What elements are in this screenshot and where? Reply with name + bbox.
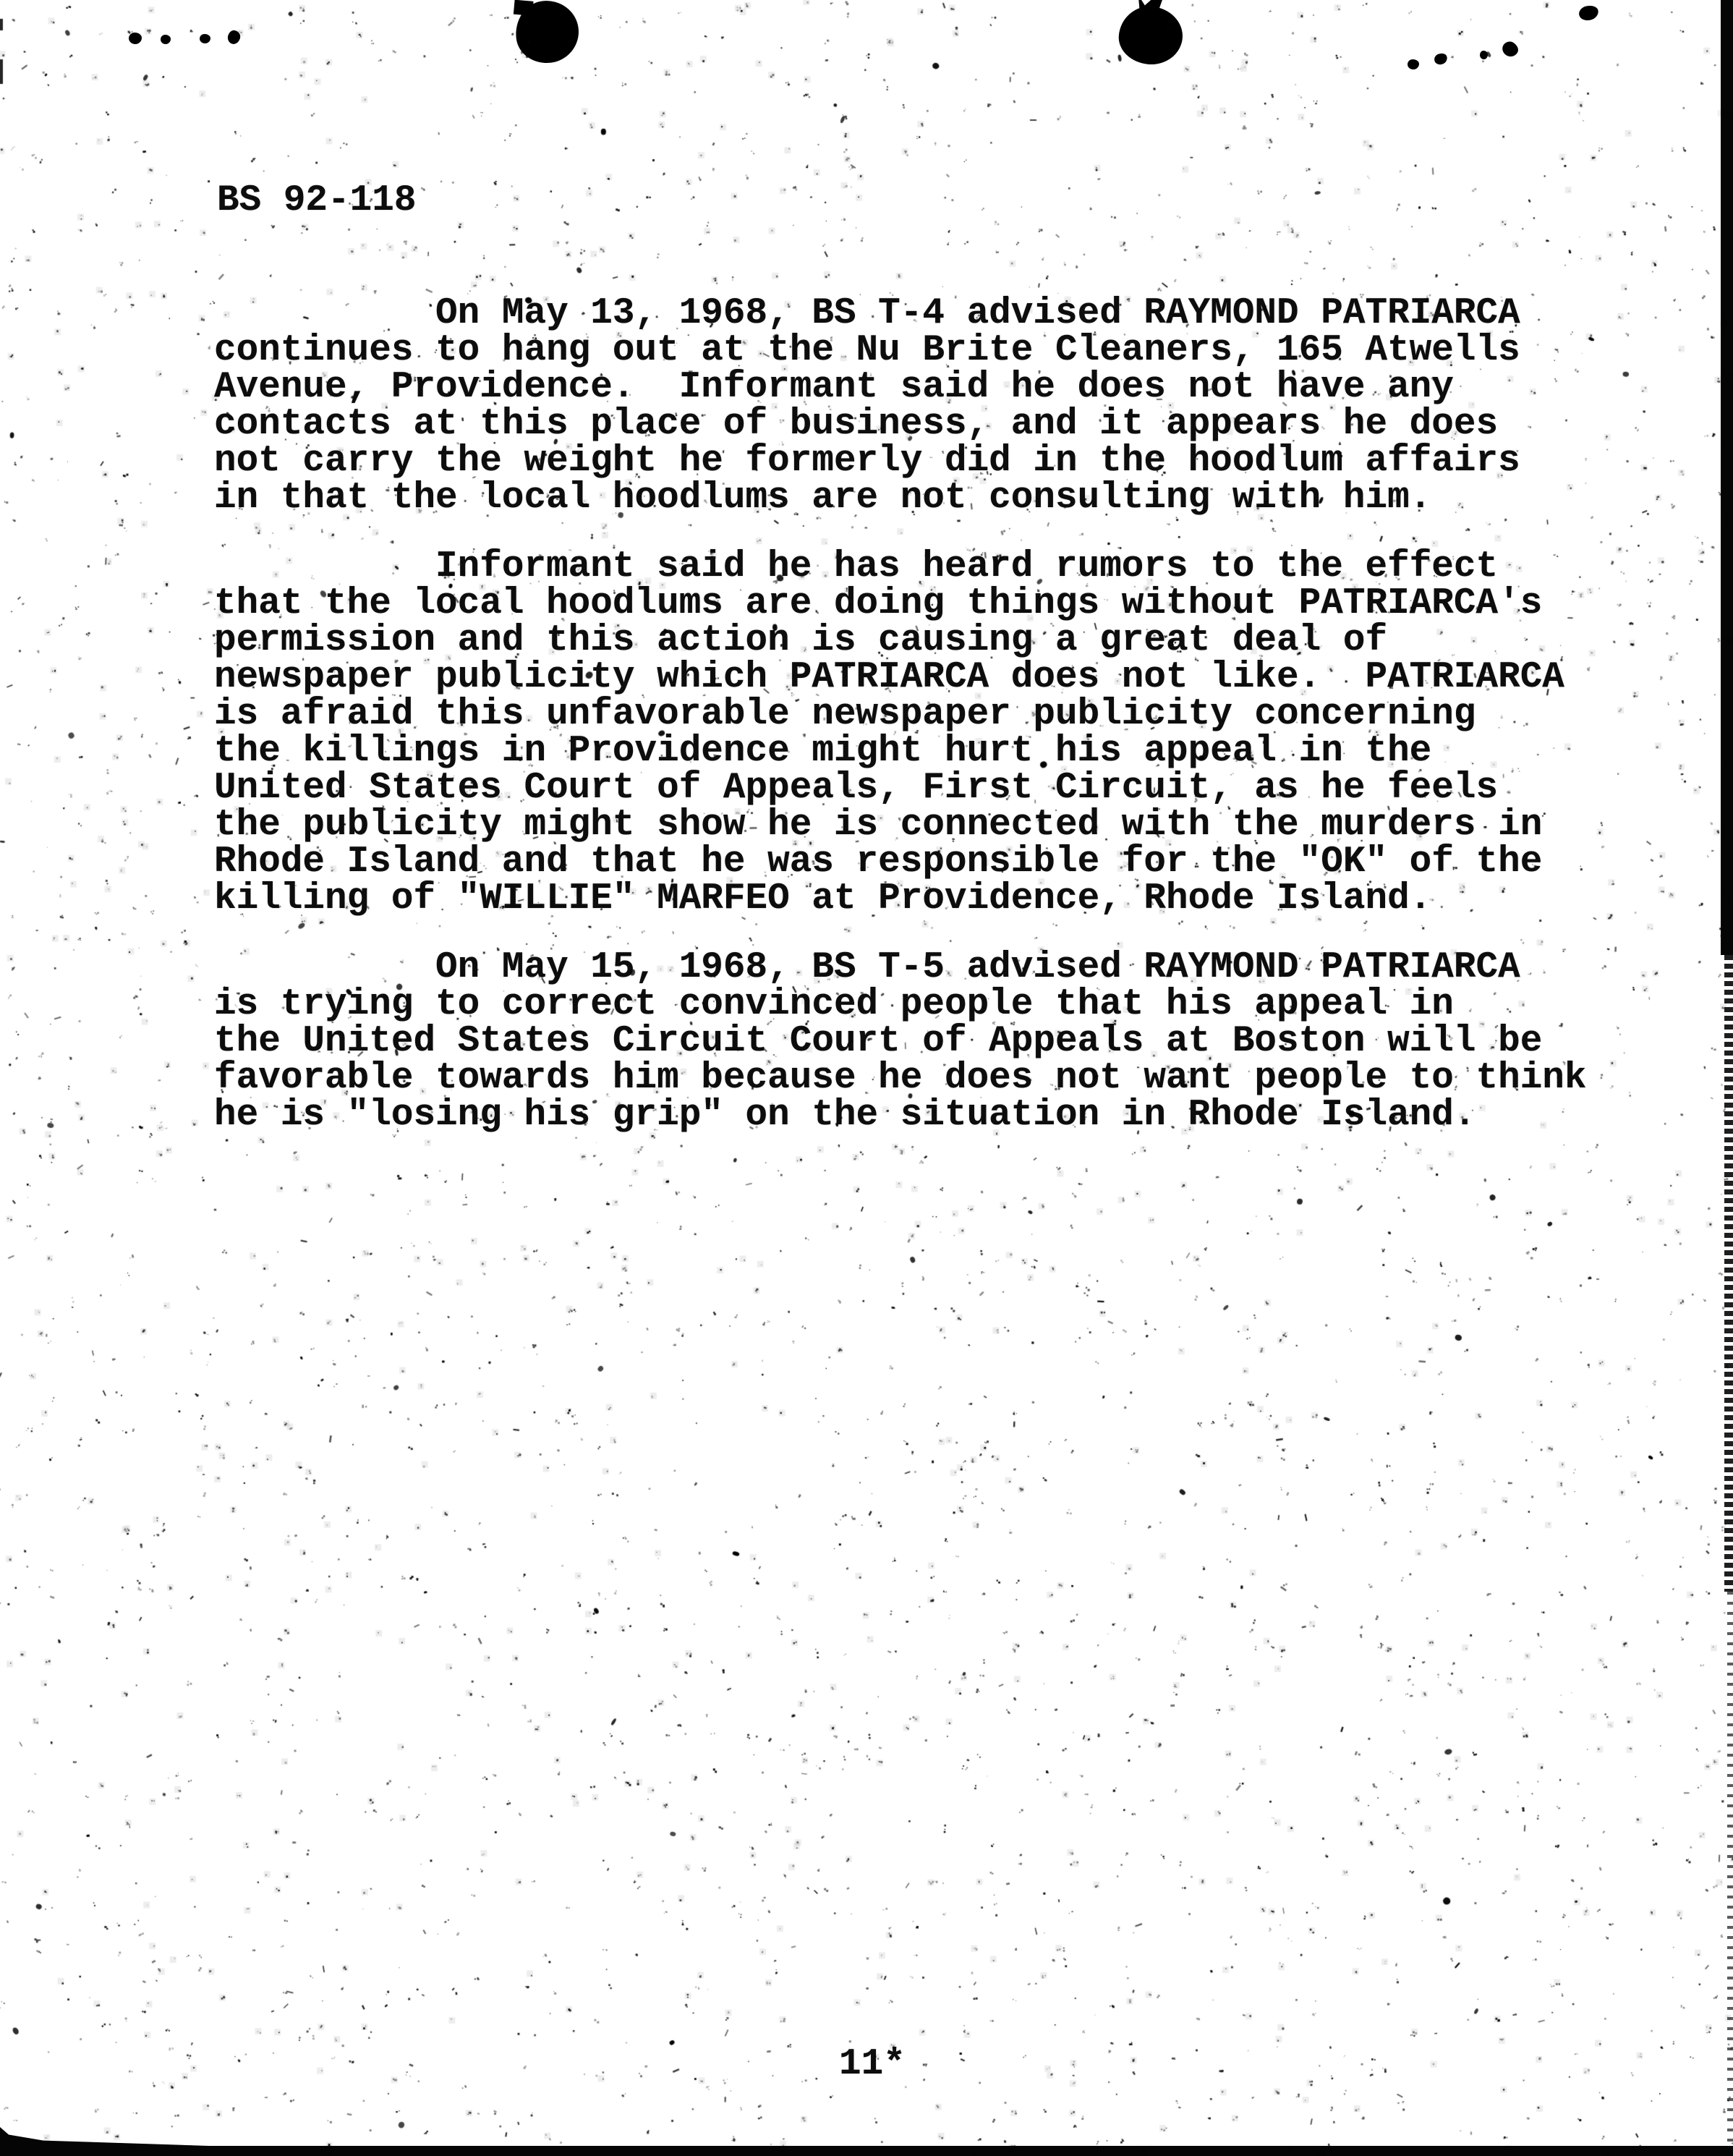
paragraph-2: Informant said he has heard rumors to th… — [214, 548, 1587, 917]
scan-edge-artifact-right — [1727, 1592, 1733, 2142]
hole-punch-mark-right — [1117, 4, 1185, 67]
document-page: BS 92-118 On May 13, 1968, BS T-4 advise… — [0, 0, 1733, 2156]
paragraph-1: On May 13, 1968, BS T-4 advised RAYMOND … — [214, 295, 1587, 517]
ink-blob — [1408, 59, 1419, 69]
ink-blob — [129, 33, 142, 44]
ink-blob — [1577, 4, 1600, 22]
ink-blob — [200, 34, 210, 43]
scan-edge-artifact-right — [1721, 0, 1733, 955]
ink-blob — [161, 35, 171, 44]
ink-blob — [226, 29, 242, 46]
ink-blob — [1433, 51, 1449, 66]
file-number: BS 92-118 — [217, 182, 416, 219]
hole-punch-mark-left — [512, 0, 582, 67]
ink-blob — [1480, 51, 1488, 59]
scan-edge-artifact-bottom — [0, 2146, 1733, 2156]
page-number: 11* — [839, 2046, 906, 2083]
paragraph-3: On May 15, 1968, BS T-5 advised RAYMOND … — [214, 949, 1587, 1134]
scan-edge-artifact-right — [1724, 955, 1733, 1592]
document-body: On May 13, 1968, BS T-4 advised RAYMOND … — [214, 295, 1587, 1166]
ink-blob — [1499, 39, 1520, 59]
